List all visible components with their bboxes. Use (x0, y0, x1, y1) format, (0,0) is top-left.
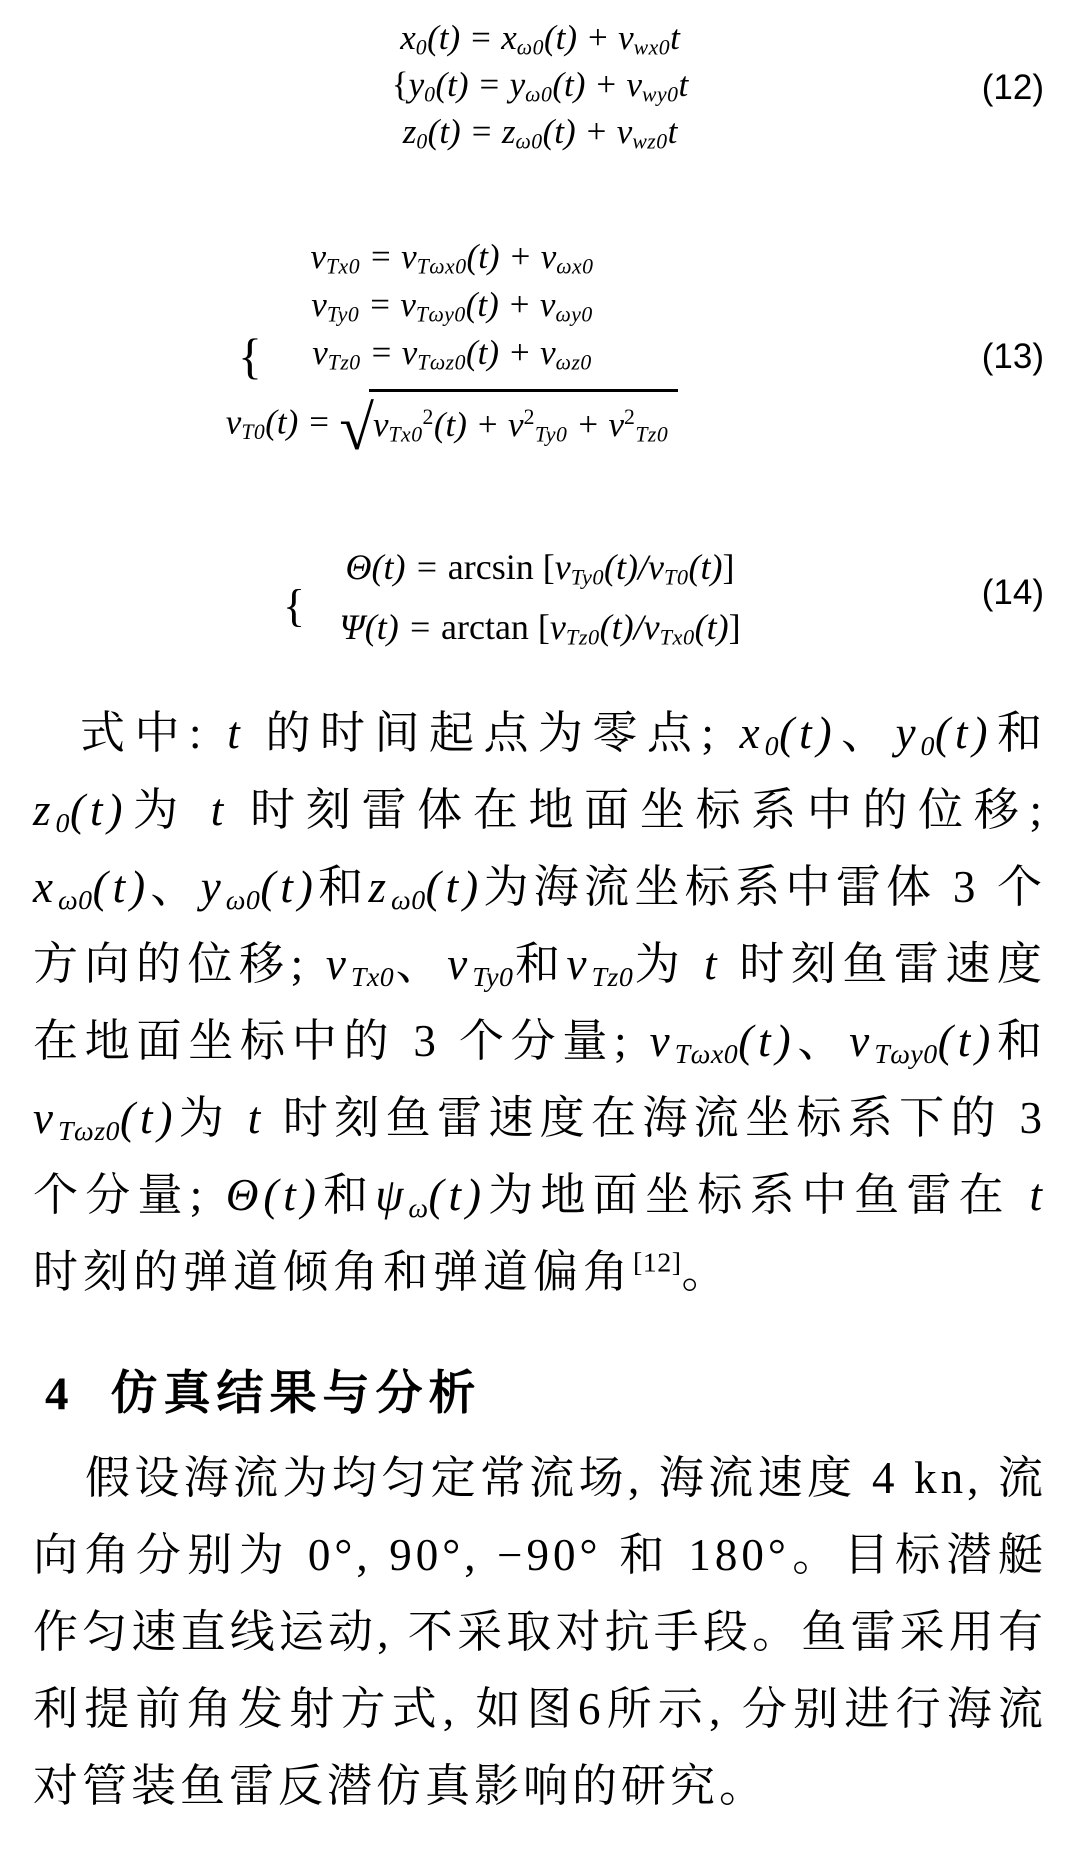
equation-12-number: (12) (982, 66, 1044, 110)
equation-13-lines: vTx0 = vTωx0(t) + vωx0 vTy0 = vTωy0(t) +… (0, 233, 992, 455)
equation-13-line-4: vT0(t) = √vTx02(t) + v2Ty0 + v2Tz0 (0, 389, 992, 455)
equation-14-line-2: Ψ(t) = arctan [vTz0(t)/vTx0(t)] (0, 597, 1080, 657)
equation-14-line-1: Θ(t) = arcsin [vTy0(t)/vT0(t)] (0, 537, 1080, 597)
paragraph-simulation-setup: 假设海流为均匀定常流场, 海流速度 4 kn, 流向角分别为 0°, 90°, … (33, 1440, 1047, 1825)
radicand: vTx02(t) + v2Ty0 + v2Tz0 (369, 389, 678, 455)
equation-12-line-2: {y0(t) = yω0(t) + vwy0t (0, 61, 1080, 108)
equation-12-line-3: z0(t) = zω0(t) + vwz0t (0, 108, 1080, 155)
equation-12-lines: x0(t) = xω0(t) + vwx0t {y0(t) = yω0(t) +… (0, 14, 1080, 155)
equation-13-line-2: vTy0 = vTωy0(t) + vωy0 (0, 281, 992, 329)
equation-13-line-1: vTx0 = vTωx0(t) + vωx0 (0, 233, 992, 281)
equation-13: { vTx0 = vTωx0(t) + vωx0 vTy0 = vTωy0(t)… (0, 233, 1080, 455)
section-heading: 4仿真结果与分析 (45, 1356, 482, 1423)
equation-14-number: (14) (982, 571, 1044, 615)
equation-13-line-3: vTz0 = vTωz0(t) + vωz0 (0, 329, 992, 377)
equation-12: x0(t) = xω0(t) + vwx0t {y0(t) = yω0(t) +… (0, 14, 1080, 155)
section-title: 仿真结果与分析 (111, 1366, 482, 1419)
paragraph-symbol-definitions: 式中: t 的时间起点为零点; x0(t)、y0(t)和z0(t)为 t 时刻雷… (33, 695, 1047, 1311)
section-number: 4 (45, 1368, 69, 1420)
equation-13-number: (13) (982, 335, 1044, 379)
document-page: x0(t) = xω0(t) + vwx0t {y0(t) = yω0(t) +… (0, 0, 1080, 1855)
equation-12-line-1: x0(t) = xω0(t) + vwx0t (0, 14, 1080, 61)
equation-14: { Θ(t) = arcsin [vTy0(t)/vT0(t)] Ψ(t) = … (0, 537, 1080, 657)
equation-14-lines: Θ(t) = arcsin [vTy0(t)/vT0(t)] Ψ(t) = ar… (0, 537, 1080, 657)
sqrt-radical: √vTx02(t) + v2Ty0 + v2Tz0 (339, 389, 678, 455)
